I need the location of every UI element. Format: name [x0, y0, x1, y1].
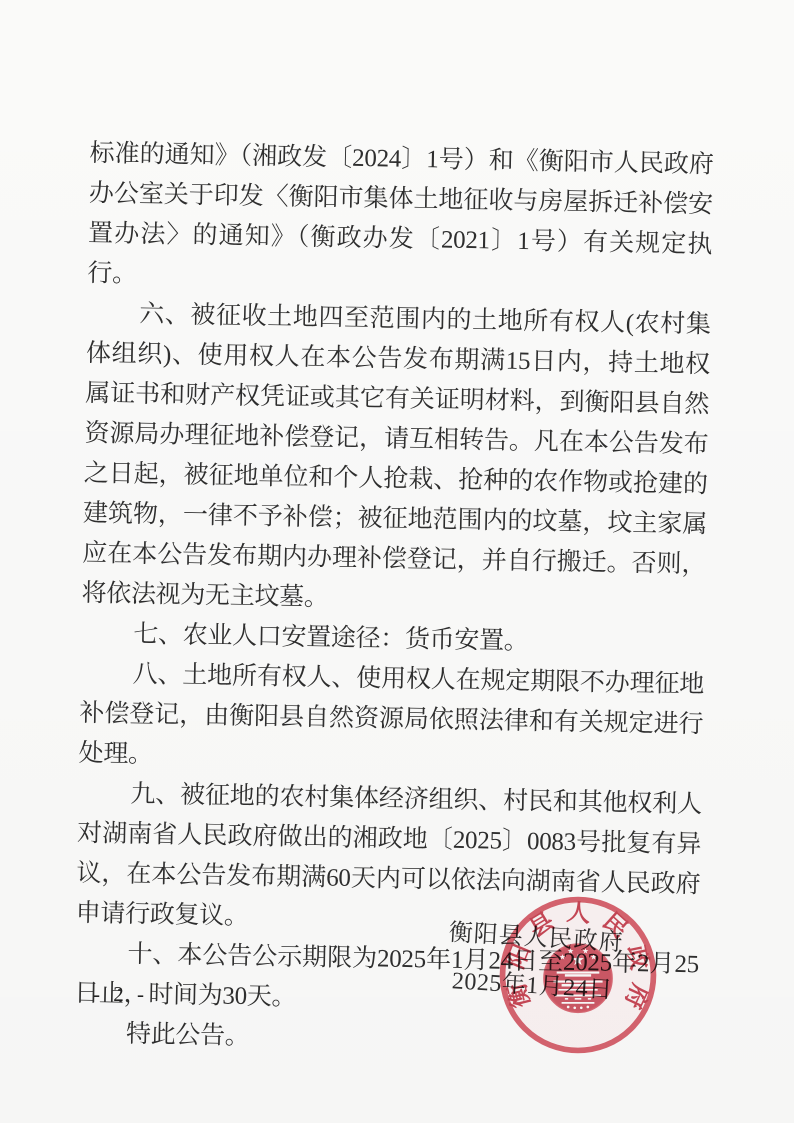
- official-seal: 衡阳县人民政府 ★ ★ ★ ★ ★: [496, 893, 660, 1057]
- paragraph-item-6: 六、被征收土地四至范围内的土地所有权人(农村集体组织)、使用权人在本公告发布期满…: [81, 294, 711, 625]
- emblem-small-star-icon: ★: [582, 947, 589, 956]
- emblem-small-star-icon: ★: [590, 952, 597, 961]
- emblem-small-star-icon: ★: [559, 952, 566, 961]
- paragraph-item-8: 八、土地所有权人、使用权人在规定期限不办理征地补偿登记，由衡阳县自然资源局依照法…: [78, 654, 704, 785]
- emblem-small-star-icon: ★: [567, 947, 574, 956]
- paragraph-continuation: 标准的通知》（湘政发〔2024〕1号）和《衡阳市人民政府办公室关于印发〈衡阳市集…: [87, 134, 714, 305]
- national-emblem-icon: ★ ★ ★ ★ ★: [544, 945, 611, 1012]
- page-number: - 2 -: [93, 982, 148, 1007]
- document-page: 标准的通知》（湘政发〔2024〕1号）和《衡阳市人民政府办公室关于印发〈衡阳市集…: [0, 0, 794, 1123]
